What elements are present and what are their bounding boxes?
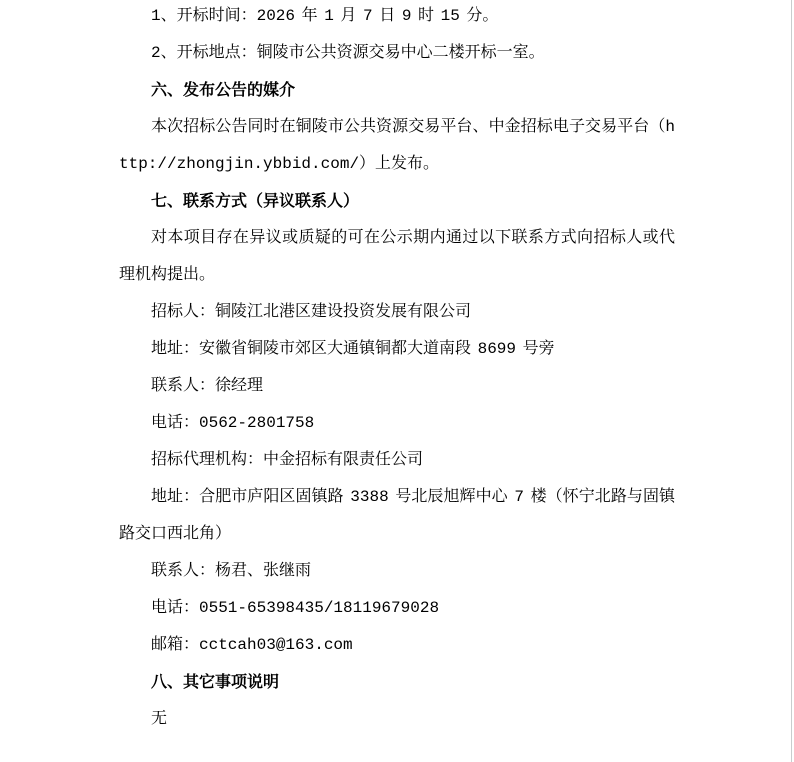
- page-right-border: [791, 0, 792, 762]
- tenderer-address-line: 地址：安徽省铜陵市郊区大通镇铜都大道南段 8699 号旁: [119, 331, 675, 368]
- section-heading-announcement-media: 六、发布公告的媒介: [119, 72, 675, 109]
- document-page: 1、开标时间：2026 年 1 月 7 日 9 时 15 分。 2、开标地点：铜…: [119, 0, 675, 738]
- agency-email-line: 邮箱：cctcah03@163.com: [119, 627, 675, 664]
- other-notes-content: 无: [119, 701, 675, 738]
- agency-address-line: 地址：合肥市庐阳区固镇路 3388 号北辰旭辉中心 7 楼（怀宁北路与固镇路交口…: [119, 479, 675, 553]
- agency-contact-line: 联系人：杨君、张继雨: [119, 553, 675, 590]
- section-heading-other-notes: 八、其它事项说明: [119, 664, 675, 701]
- bid-opening-time-line: 1、开标时间：2026 年 1 月 7 日 9 时 15 分。: [119, 0, 675, 35]
- agency-phone-line: 电话：0551-65398435/18119679028: [119, 590, 675, 627]
- announcement-media-paragraph: 本次招标公告同时在铜陵市公共资源交易平台、中金招标电子交易平台（http://z…: [119, 109, 675, 183]
- section-heading-contact-info: 七、联系方式（异议联系人）: [119, 183, 675, 220]
- bid-opening-place-line: 2、开标地点：铜陵市公共资源交易中心二楼开标一室。: [119, 35, 675, 72]
- document-viewport: { "colors": { "background": "#ffffff", "…: [0, 0, 794, 762]
- tenderer-phone-line: 电话：0562-2801758: [119, 405, 675, 442]
- tenderer-name-line: 招标人：铜陵江北港区建设投资发展有限公司: [119, 294, 675, 331]
- agency-name-line: 招标代理机构：中金招标有限责任公司: [119, 442, 675, 479]
- objection-intro-paragraph: 对本项目存在异议或质疑的可在公示期内通过以下联系方式向招标人或代理机构提出。: [119, 220, 675, 294]
- tenderer-contact-line: 联系人：徐经理: [119, 368, 675, 405]
